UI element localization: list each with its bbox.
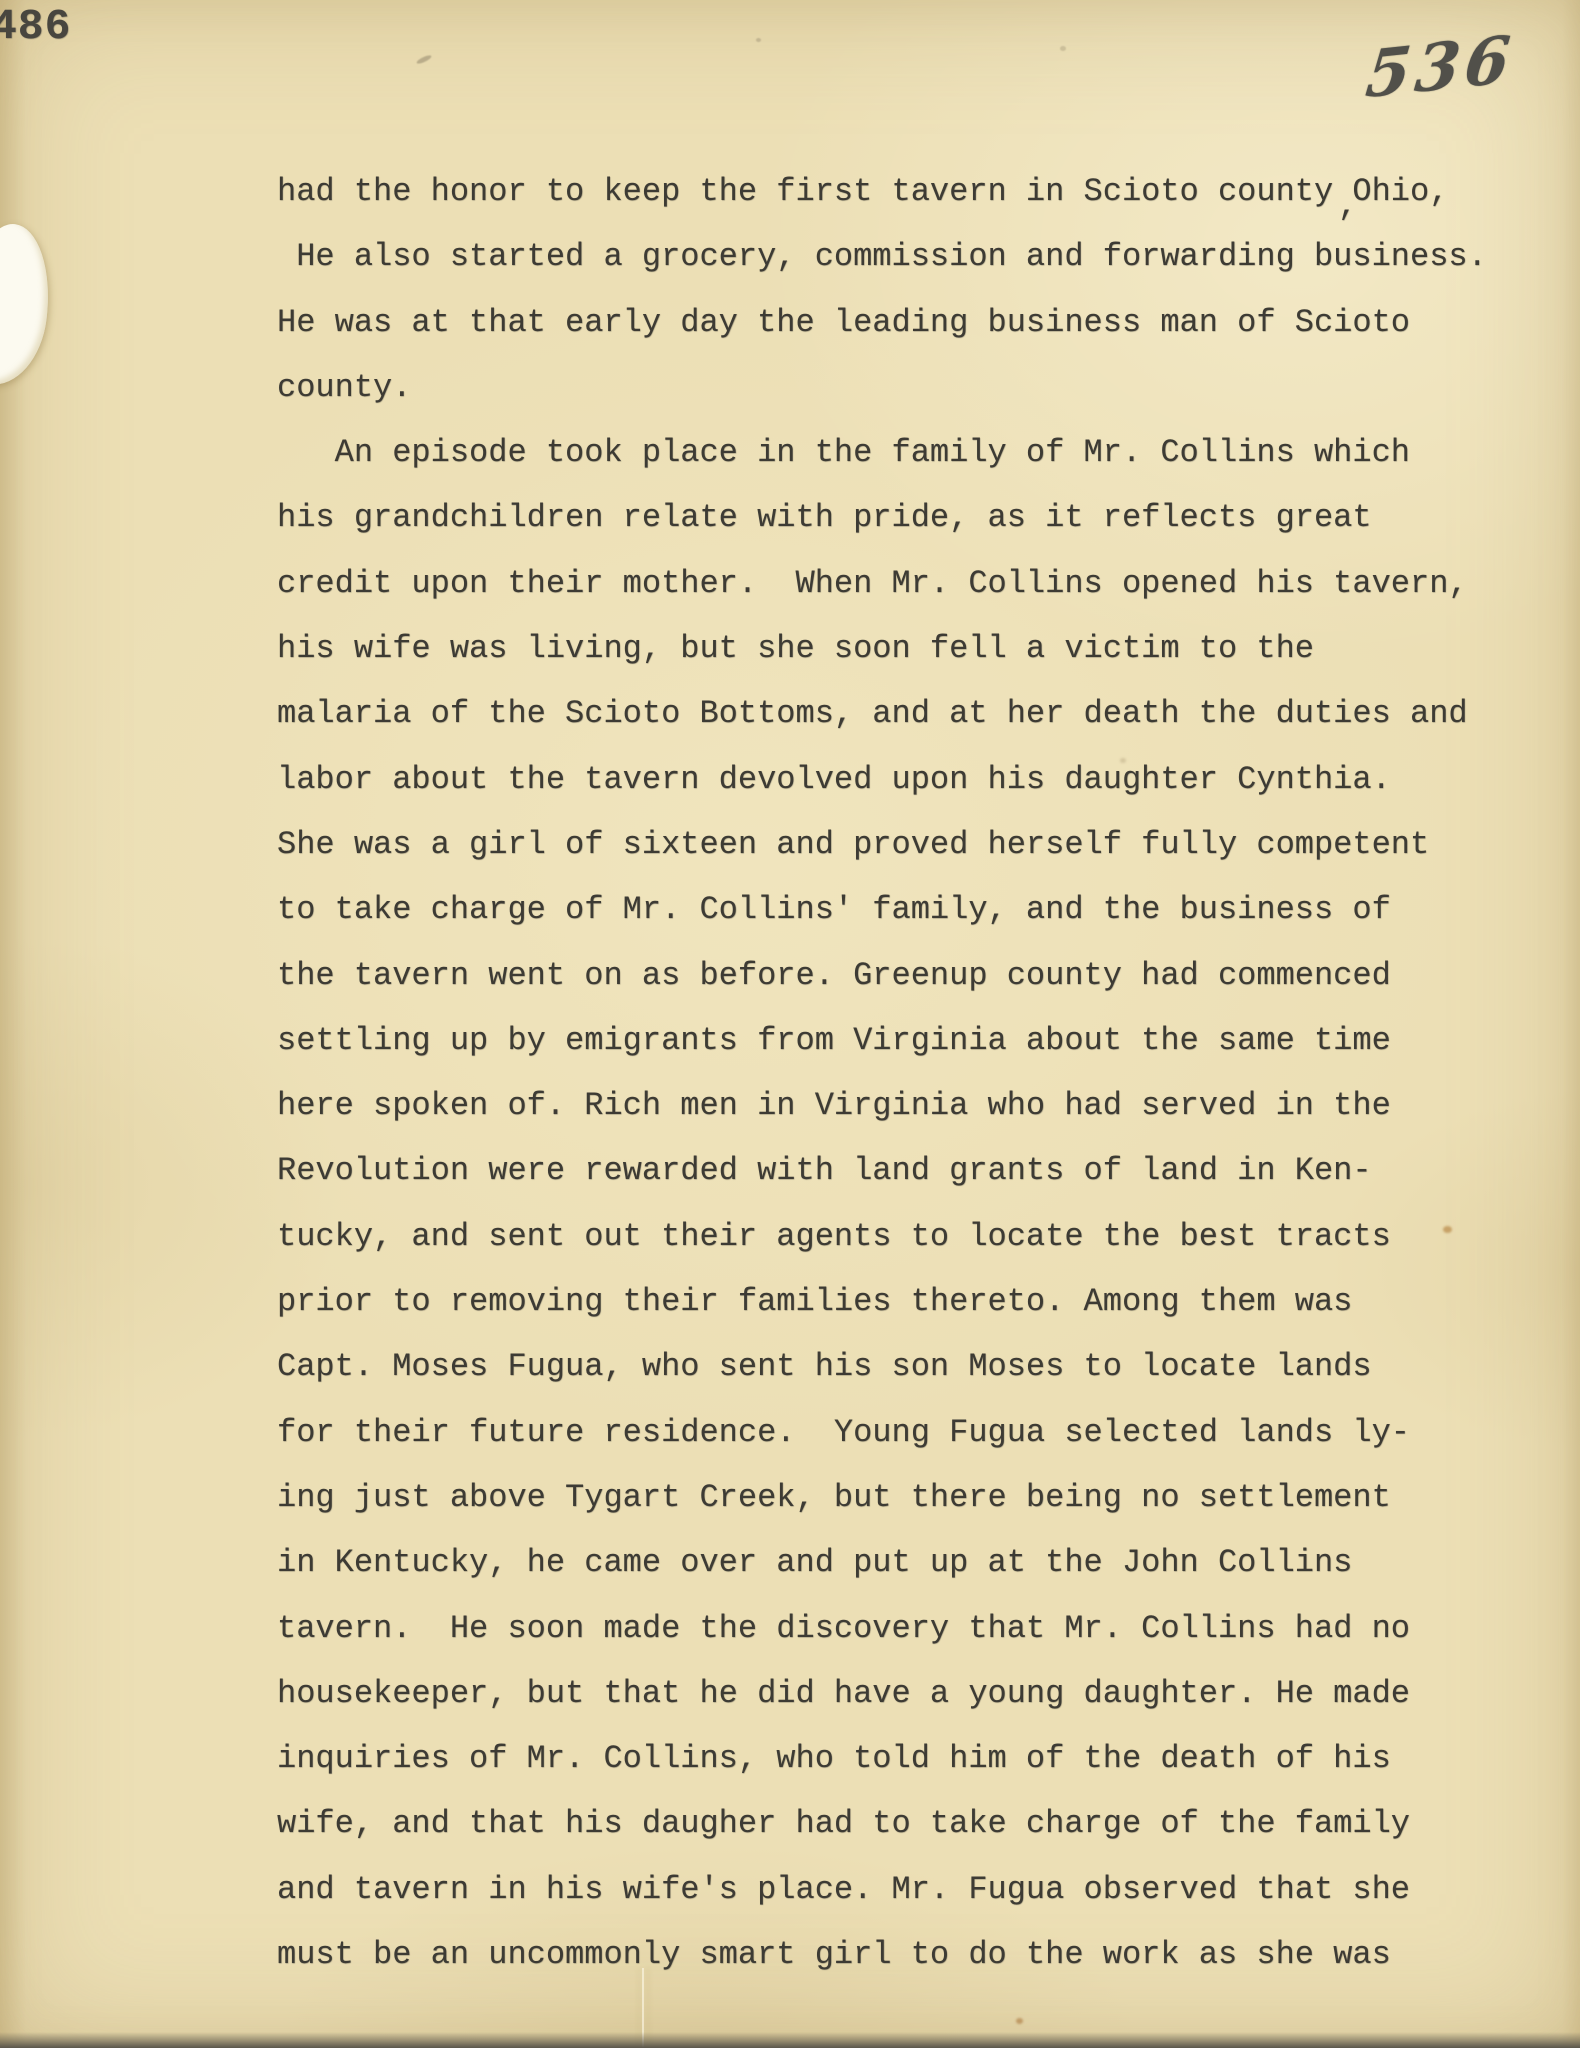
scanned-page: 486 536 had the honor to keep the first … bbox=[0, 0, 1580, 2048]
paper-mark bbox=[1120, 758, 1126, 763]
paper-mark bbox=[1060, 46, 1066, 51]
typed-line: here spoken of. Rich men in Virginia who… bbox=[277, 1073, 1547, 1138]
typed-line: settling up by emigrants from Virginia a… bbox=[277, 1008, 1547, 1073]
typed-line: malaria of the Scioto Bottoms, and at he… bbox=[277, 681, 1547, 746]
typed-line: his grandchildren relate with pride, as … bbox=[277, 485, 1547, 550]
typed-line: Revolution were rewarded with land grant… bbox=[277, 1138, 1547, 1203]
handwritten-page-number: 536 bbox=[1362, 22, 1518, 114]
typed-line: to take charge of Mr. Collins' family, a… bbox=[277, 877, 1547, 942]
typed-line: tucky, and sent out their agents to loca… bbox=[277, 1204, 1547, 1269]
typed-line: in Kentucky, he came over and put up at … bbox=[277, 1530, 1547, 1595]
typed-line: tavern. He soon made the discovery that … bbox=[277, 1596, 1547, 1661]
typed-line: wife, and that his daugher had to take c… bbox=[277, 1791, 1547, 1856]
typed-line: the tavern went on as before. Greenup co… bbox=[277, 943, 1547, 1008]
typed-line: He was at that early day the leading bus… bbox=[277, 290, 1547, 355]
scan-bottom-edge bbox=[0, 2032, 1580, 2048]
typed-line: He also started a grocery, commission an… bbox=[277, 224, 1547, 289]
paper-chip-tear bbox=[0, 220, 58, 390]
typed-dropped-comma: , bbox=[1338, 186, 1357, 226]
typed-line: prior to removing their families thereto… bbox=[277, 1269, 1547, 1334]
typed-line: must be an uncommonly smart girl to do t… bbox=[277, 1922, 1547, 1987]
typed-line: labor about the tavern devolved upon his… bbox=[277, 747, 1547, 812]
typed-line: ing just above Tygart Creek, but there b… bbox=[277, 1465, 1547, 1530]
paper-mark bbox=[416, 54, 433, 65]
typed-line: county. bbox=[277, 355, 1547, 420]
typed-line: for their future residence. Young Fugua … bbox=[277, 1400, 1547, 1465]
typed-line: credit upon their mother. When Mr. Colli… bbox=[277, 551, 1547, 616]
typed-line: housekeeper, but that he did have a youn… bbox=[277, 1661, 1547, 1726]
typed-line: inquiries of Mr. Collins, who told him o… bbox=[277, 1726, 1547, 1791]
typed-text-block: had the honor to keep the first tavern i… bbox=[277, 159, 1547, 1987]
typed-line: and tavern in his wife's place. Mr. Fugu… bbox=[277, 1857, 1547, 1922]
paper-stain bbox=[1443, 1226, 1452, 1233]
paper-stain bbox=[1016, 2018, 1023, 2024]
typed-line: An episode took place in the family of M… bbox=[277, 420, 1547, 485]
typed-line: Capt. Moses Fugua, who sent his son Mose… bbox=[277, 1334, 1547, 1399]
printed-page-number: 486 bbox=[0, 2, 71, 51]
paper-mark bbox=[756, 38, 761, 42]
typed-line: She was a girl of sixteen and proved her… bbox=[277, 812, 1547, 877]
typed-line: his wife was living, but she soon fell a… bbox=[277, 616, 1547, 681]
